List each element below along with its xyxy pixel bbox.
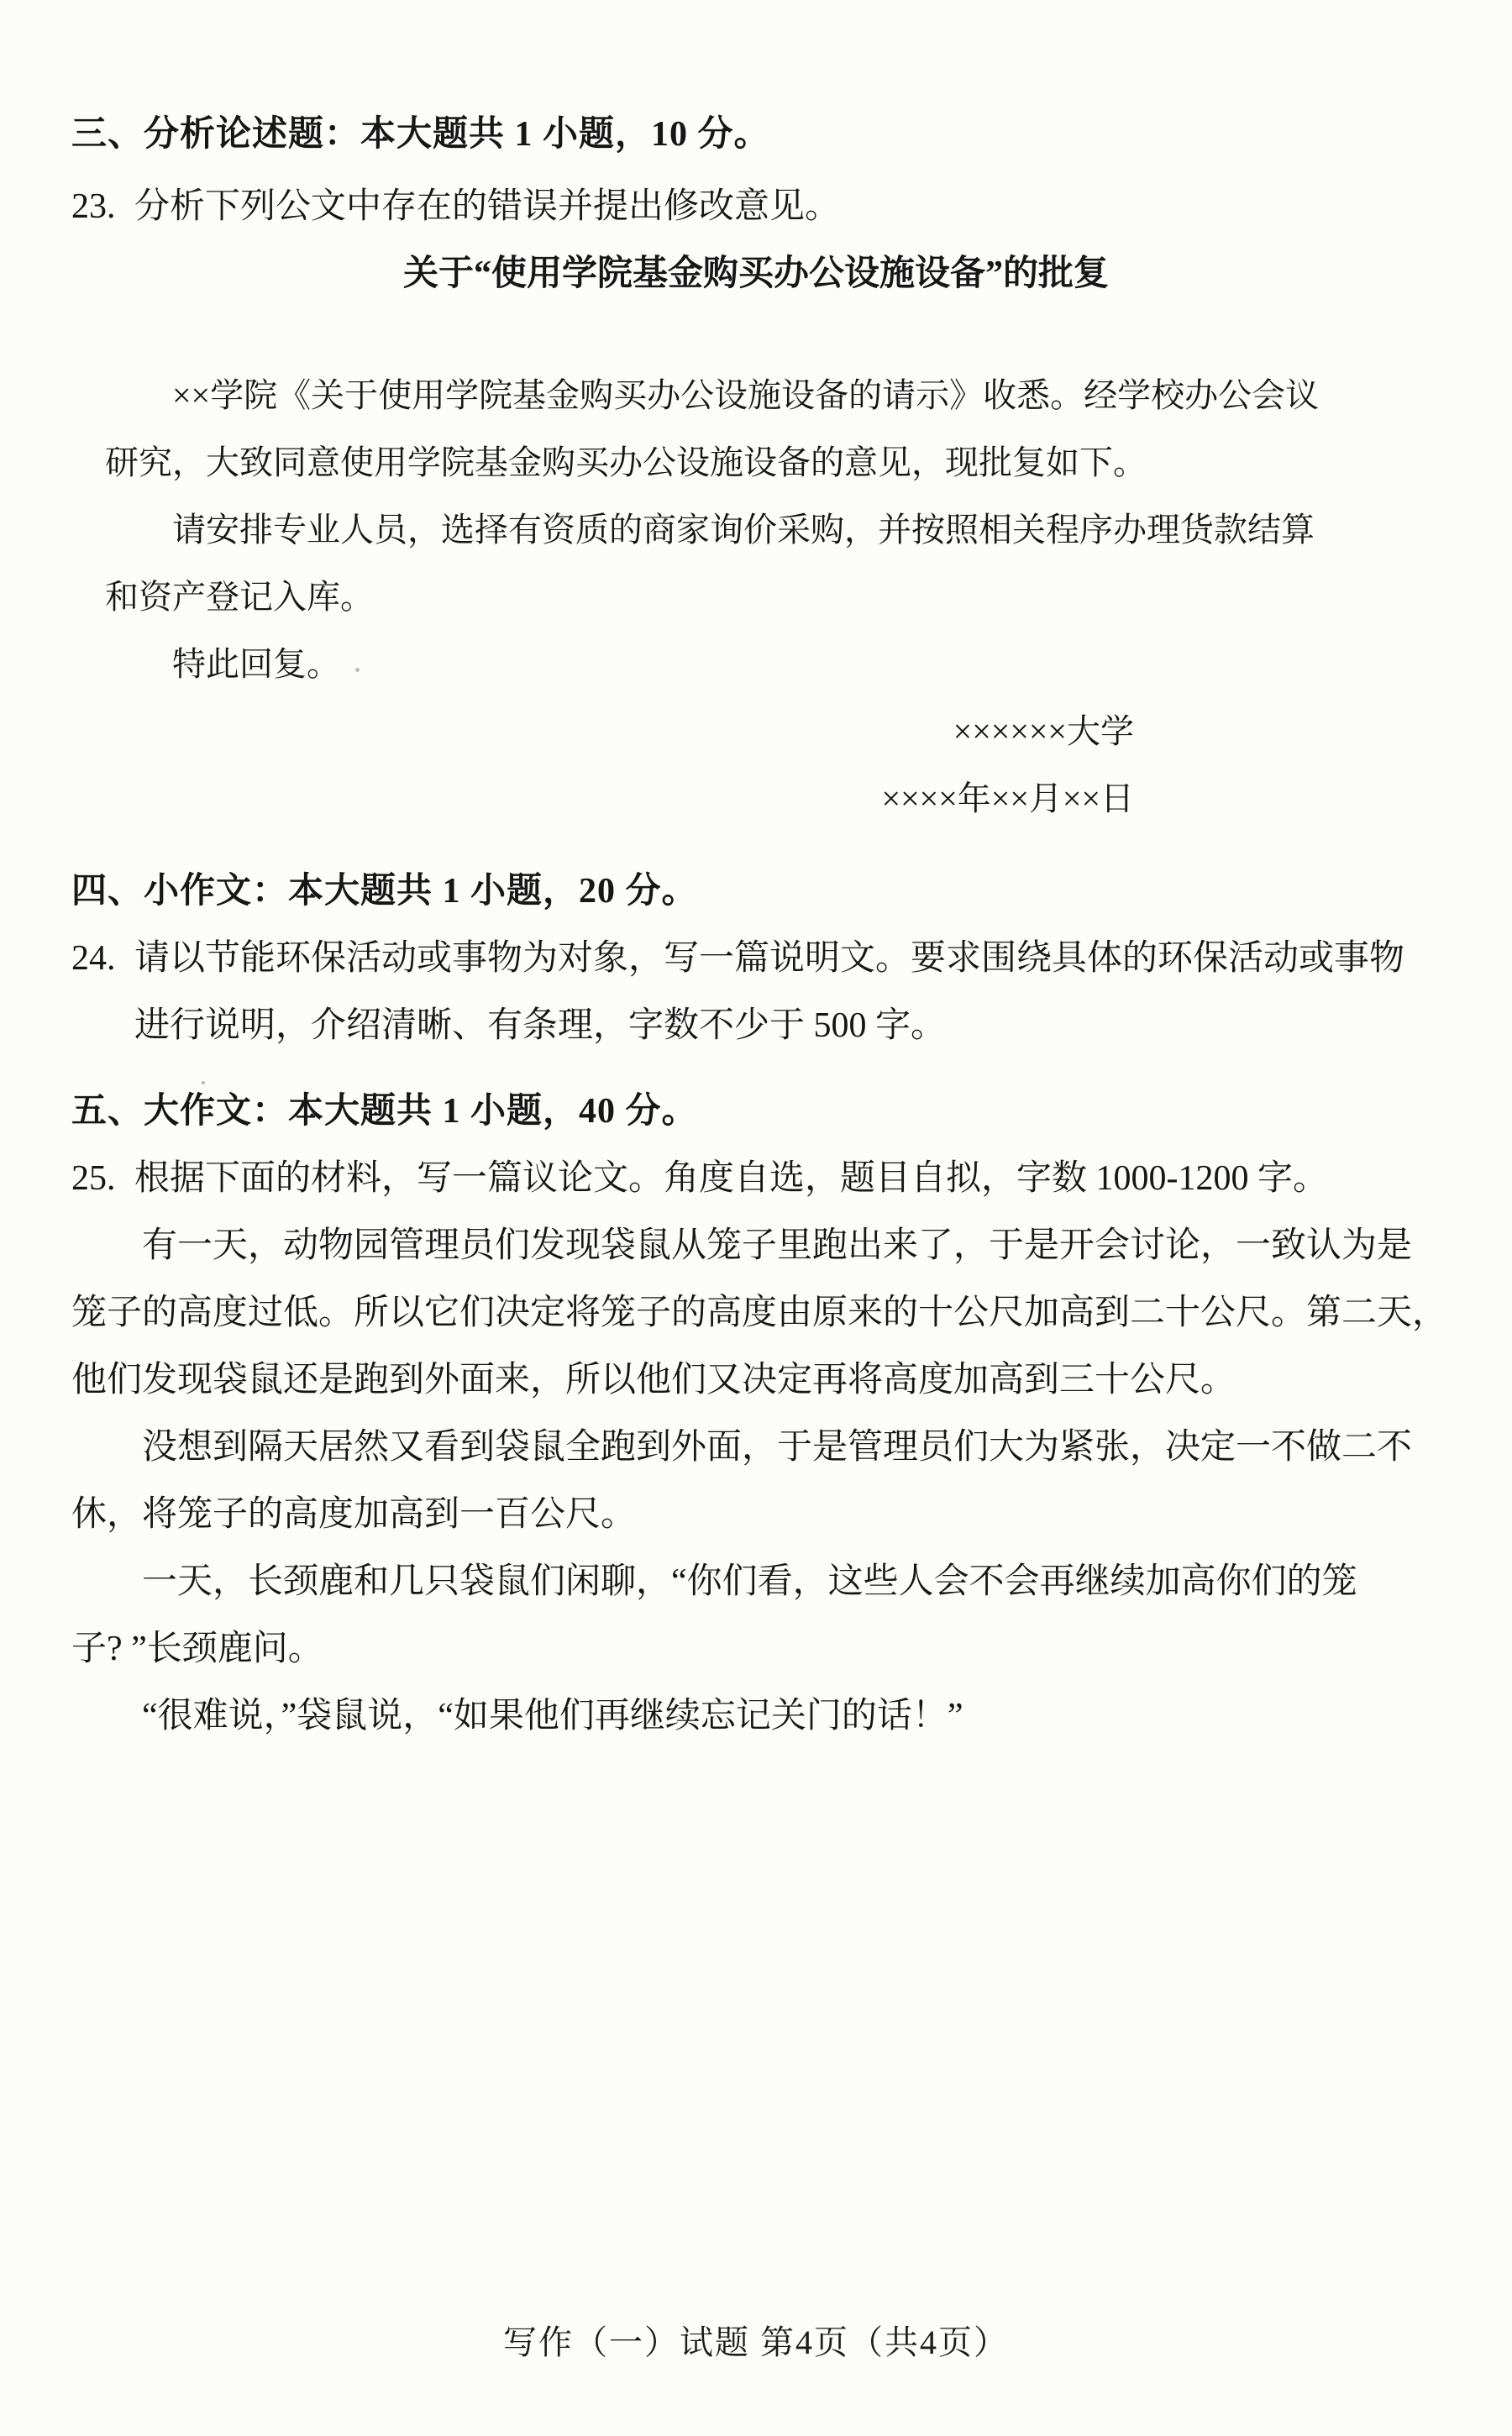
document-paragraph: ××学院《关于使用学院基金购买办公设施设备的请示》收悉。经学校办公会议 研究，大… [105,362,1441,496]
material-line: 没想到隔天居然又看到袋鼠全跑到外面，于是管理员们大为紧张，决定一不做二不 [71,1414,1441,1481]
question-23-number: 23. [71,173,134,240]
material-paragraph: 没想到隔天居然又看到袋鼠全跑到外面，于是管理员们大为紧张，决定一不做二不 休，将… [71,1414,1441,1548]
material-line: 休，将笼子的高度加高到一百公尺。 [71,1481,1441,1548]
document-line: ××学院《关于使用学院基金购买办公设施设备的请示》收悉。经学校办公会议 [105,362,1441,429]
page-content: 三、分析论述题：本大题共 1 小题，10 分。 23. 分析下列公文中存在的错误… [0,0,1512,1750]
scan-speck [202,1081,205,1084]
section-5-heading: 五、大作文：本大题共 1 小题，40 分。 [71,1078,1441,1145]
section-3-heading: 三、分析论述题：本大题共 1 小题，10 分。 [71,101,1441,168]
material-line: 笼子的高度过低。所以它们决定将笼子的高度由原来的十公尺加高到二十公尺。第二天， [71,1279,1441,1347]
exam-paper-page: 三、分析论述题：本大题共 1 小题，10 分。 23. 分析下列公文中存在的错误… [0,0,1512,2436]
material-line: 有一天，动物园管理员们发现袋鼠从笼子里跑出来了，于是开会讨论，一致认为是 [71,1212,1441,1279]
document-signature: ××××××大学 [105,698,1134,765]
section-4-heading: 四、小作文：本大题共 1 小题，20 分。 [71,858,1441,925]
question-25-text: 根据下面的材料，写一篇议论文。角度自选，题目自拟，字数 1000-1200 字。 [134,1145,1441,1212]
question-24-number: 24. [71,925,134,992]
question-25-number: 25. [71,1145,134,1212]
question-25: 25. 根据下面的材料，写一篇议论文。角度自选，题目自拟，字数 1000-120… [71,1145,1441,1212]
material-paragraph: 有一天，动物园管理员们发现袋鼠从笼子里跑出来了，于是开会讨论，一致认为是 笼子的… [71,1212,1441,1414]
official-document-body: ××学院《关于使用学院基金购买办公设施设备的请示》收悉。经学校办公会议 研究，大… [105,362,1441,832]
scan-speck [355,668,360,672]
essay-material: 有一天，动物园管理员们发现袋鼠从笼子里跑出来了，于是开会讨论，一致认为是 笼子的… [71,1212,1441,1750]
material-paragraph: “很难说，”袋鼠说，“如果他们再继续忘记关门的话！” [71,1683,1441,1750]
material-line: 子? ”长颈鹿问。 [71,1615,1441,1683]
document-signature-block: ××××××大学 ××××年××月××日 [105,698,1441,832]
page-footer: 写作（一）试题 第4页（共4页） [0,2323,1512,2363]
material-paragraph: 一天，长颈鹿和几只袋鼠们闲聊，“你们看，这些人会不会再继续加高你们的笼 子? ”… [71,1548,1441,1683]
document-line: 研究，大致同意使用学院基金购买办公设施设备的意见，现批复如下。 [105,429,1441,496]
document-line: 请安排专业人员，选择有资质的商家询价采购，并按照相关程序办理货款结算 [105,496,1441,564]
question-24: 24. 请以节能环保活动或事物为对象，写一篇说明文。要求围绕具体的环保活动或事物… [71,925,1441,1059]
official-document-title: 关于“使用学院基金购买办公设施设备”的批复 [71,240,1441,307]
material-line: “很难说，”袋鼠说，“如果他们再继续忘记关门的话！” [71,1683,1441,1750]
question-23-text: 分析下列公文中存在的错误并提出修改意见。 [134,173,1441,240]
document-date: ××××年××月××日 [105,765,1134,832]
material-line: 他们发现袋鼠还是跑到外面来，所以他们又决定再将高度加高到三十公尺。 [71,1347,1441,1414]
question-24-line: 请以节能环保活动或事物为对象，写一篇说明文。要求围绕具体的环保活动或事物 [134,925,1441,992]
document-paragraph: 请安排专业人员，选择有资质的商家询价采购，并按照相关程序办理货款结算 和资产登记… [105,496,1441,631]
document-line: 和资产登记入库。 [105,564,1441,631]
material-line: 一天，长颈鹿和几只袋鼠们闲聊，“你们看，这些人会不会再继续加高你们的笼 [71,1548,1441,1615]
question-24-line: 进行说明，介绍清晰、有条理，字数不少于 500 字。 [134,992,1441,1059]
question-23: 23. 分析下列公文中存在的错误并提出修改意见。 [71,173,1441,240]
document-closing: 特此回复。 [105,631,1441,698]
official-document: 关于“使用学院基金购买办公设施设备”的批复 ××学院《关于使用学院基金购买办公设… [71,240,1441,832]
